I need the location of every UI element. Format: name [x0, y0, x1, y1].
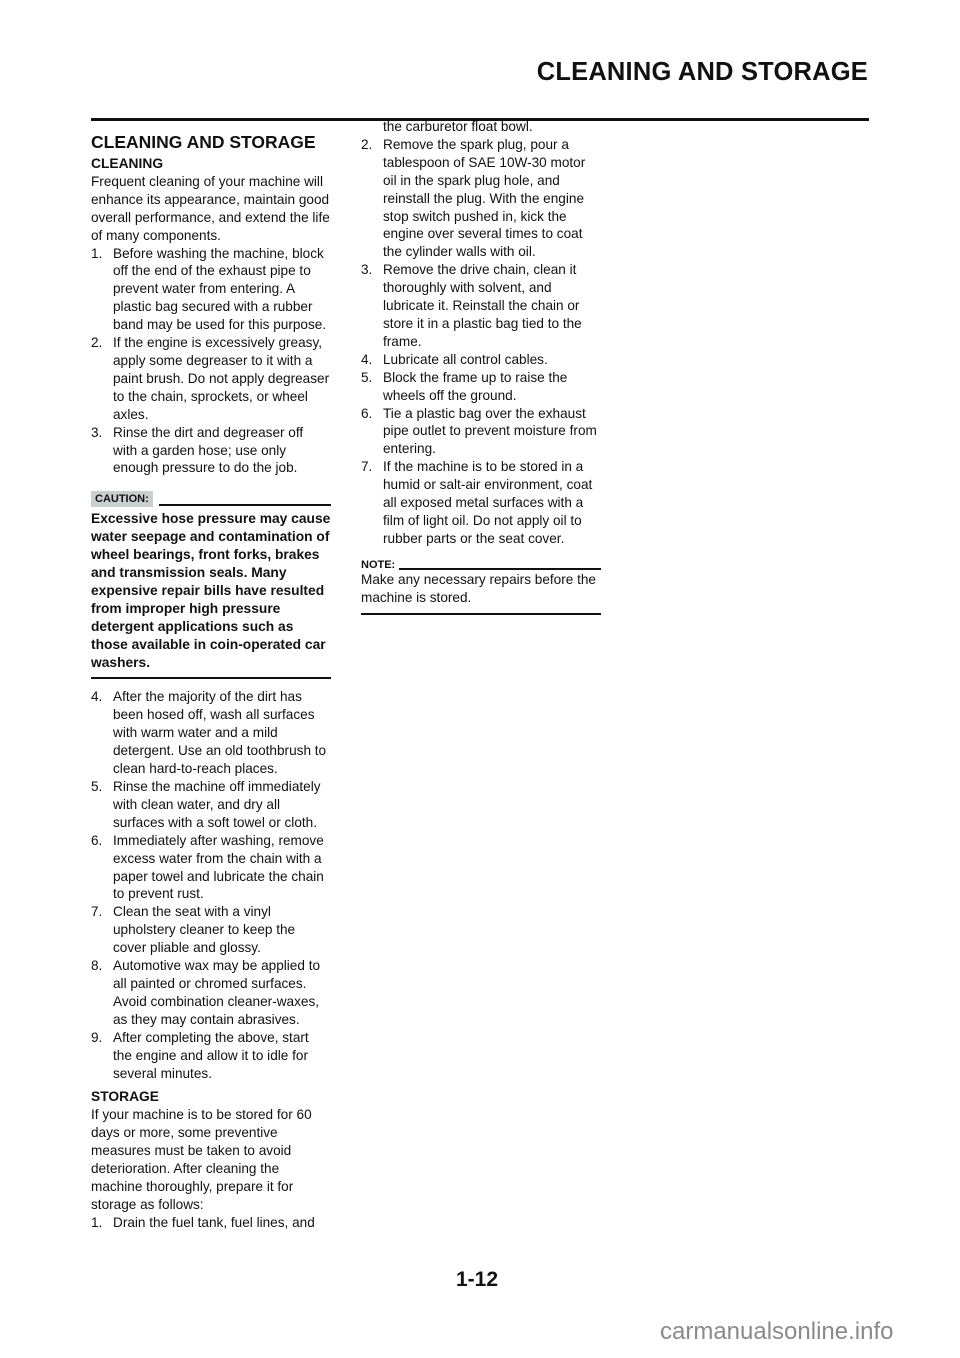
step-number: 6.	[361, 405, 372, 423]
step-number: 4.	[361, 351, 372, 369]
column-left: CLEANING AND STORAGE CLEANING Frequent c…	[91, 131, 331, 1232]
caution-header: CAUTION:	[91, 491, 331, 507]
list-item: 4.Lubricate all control cables.	[361, 351, 601, 369]
step-text: Remove the spark plug, pour a tablespoon…	[383, 137, 585, 259]
list-item: 9.After completing the above, start the …	[91, 1029, 331, 1083]
step-number: 5.	[91, 778, 102, 796]
column-right: the carburetor float bowl. 2.Remove the …	[361, 131, 601, 624]
list-item: 1.Drain the fuel tank, fuel lines, and	[91, 1214, 331, 1232]
list-item: the carburetor float bowl.	[361, 118, 601, 136]
step-text: Rinse the dirt and degreaser off with a …	[113, 425, 303, 476]
step-text: Block the frame up to raise the wheels o…	[383, 370, 567, 403]
step-number: 1.	[91, 245, 102, 263]
caution-text: Excessive hose pressure may cause water …	[91, 510, 331, 671]
step-text: Tie a plastic bag over the exhaust pipe …	[383, 406, 597, 457]
section-title: CLEANING AND STORAGE	[91, 131, 331, 153]
caution-label: CAUTION:	[91, 491, 153, 507]
list-item: 3.Rinse the dirt and degreaser off with …	[91, 424, 331, 478]
step-text: If the machine is to be stored in a humi…	[383, 459, 592, 546]
step-number: 5.	[361, 369, 372, 387]
step-number: 2.	[361, 136, 372, 154]
caution-rule	[159, 504, 331, 506]
list-item: 2.If the engine is excessively greasy, a…	[91, 334, 331, 424]
storage-steps-list: 1.Drain the fuel tank, fuel lines, and	[91, 1214, 331, 1232]
watermark-link[interactable]: carmanualsonline.info	[660, 1318, 893, 1346]
note-end-rule	[361, 613, 601, 615]
step-text: If the engine is excessively greasy, app…	[113, 335, 329, 422]
list-item: 7.If the machine is to be stored in a hu…	[361, 458, 601, 548]
list-item: 5.Block the frame up to raise the wheels…	[361, 369, 601, 405]
note-rule	[399, 568, 601, 570]
note-header: NOTE:	[361, 559, 601, 571]
step-number: 7.	[361, 458, 372, 476]
step-text: After the majority of the dirt has been …	[113, 689, 326, 776]
storage-intro: If your machine is to be stored for 60 d…	[91, 1106, 331, 1213]
note-label: NOTE:	[361, 559, 395, 571]
step-text: Before washing the machine, block off th…	[113, 246, 326, 333]
list-item: 6.Immediately after washing, remove exce…	[91, 832, 331, 904]
storage-heading: STORAGE	[91, 1088, 331, 1106]
step-number: 3.	[361, 261, 372, 279]
step-text: Clean the seat with a vinyl upholstery c…	[113, 904, 295, 955]
page-header-title: CLEANING AND STORAGE	[537, 58, 868, 87]
list-item: 4.After the majority of the dirt has bee…	[91, 688, 331, 778]
step-text: Remove the drive chain, clean it thoroug…	[383, 262, 582, 349]
list-item: 8.Automotive wax may be applied to all p…	[91, 957, 331, 1029]
step-text: Drain the fuel tank, fuel lines, and	[113, 1215, 315, 1230]
step-text: Immediately after washing, remove excess…	[113, 833, 324, 902]
note-text: Make any necessary repairs before the ma…	[361, 571, 601, 607]
step-number: 4.	[91, 688, 102, 706]
step-text: Lubricate all control cables.	[383, 352, 548, 367]
step-text: After completing the above, start the en…	[113, 1030, 309, 1081]
cleaning-steps-list: 1.Before washing the machine, block off …	[91, 245, 331, 478]
step-number: 1.	[91, 1214, 102, 1232]
page-number: 1-12	[456, 1268, 498, 1292]
step-text-continued: the carburetor float bowl.	[383, 119, 533, 134]
step-number: 7.	[91, 903, 102, 921]
cleaning-intro: Frequent cleaning of your machine will e…	[91, 173, 331, 245]
list-item: 6.Tie a plastic bag over the exhaust pip…	[361, 405, 601, 459]
step-text: Automotive wax may be applied to all pai…	[113, 958, 320, 1027]
step-number: 3.	[91, 424, 102, 442]
cleaning-steps-list-continued: 4.After the majority of the dirt has bee…	[91, 688, 331, 1082]
list-item: 2.Remove the spark plug, pour a tablespo…	[361, 136, 601, 261]
step-number: 8.	[91, 957, 102, 975]
list-item: 7.Clean the seat with a vinyl upholstery…	[91, 903, 331, 957]
storage-steps-list-continued: the carburetor float bowl. 2.Remove the …	[361, 118, 601, 548]
step-text: Rinse the machine off immediately with c…	[113, 779, 321, 830]
step-number: 2.	[91, 334, 102, 352]
list-item: 5.Rinse the machine off immediately with…	[91, 778, 331, 832]
list-item: 3.Remove the drive chain, clean it thoro…	[361, 261, 601, 351]
cleaning-heading: CLEANING	[91, 155, 331, 173]
step-number: 6.	[91, 832, 102, 850]
step-number: 9.	[91, 1029, 102, 1047]
list-item: 1.Before washing the machine, block off …	[91, 245, 331, 335]
caution-end-rule	[91, 677, 331, 679]
